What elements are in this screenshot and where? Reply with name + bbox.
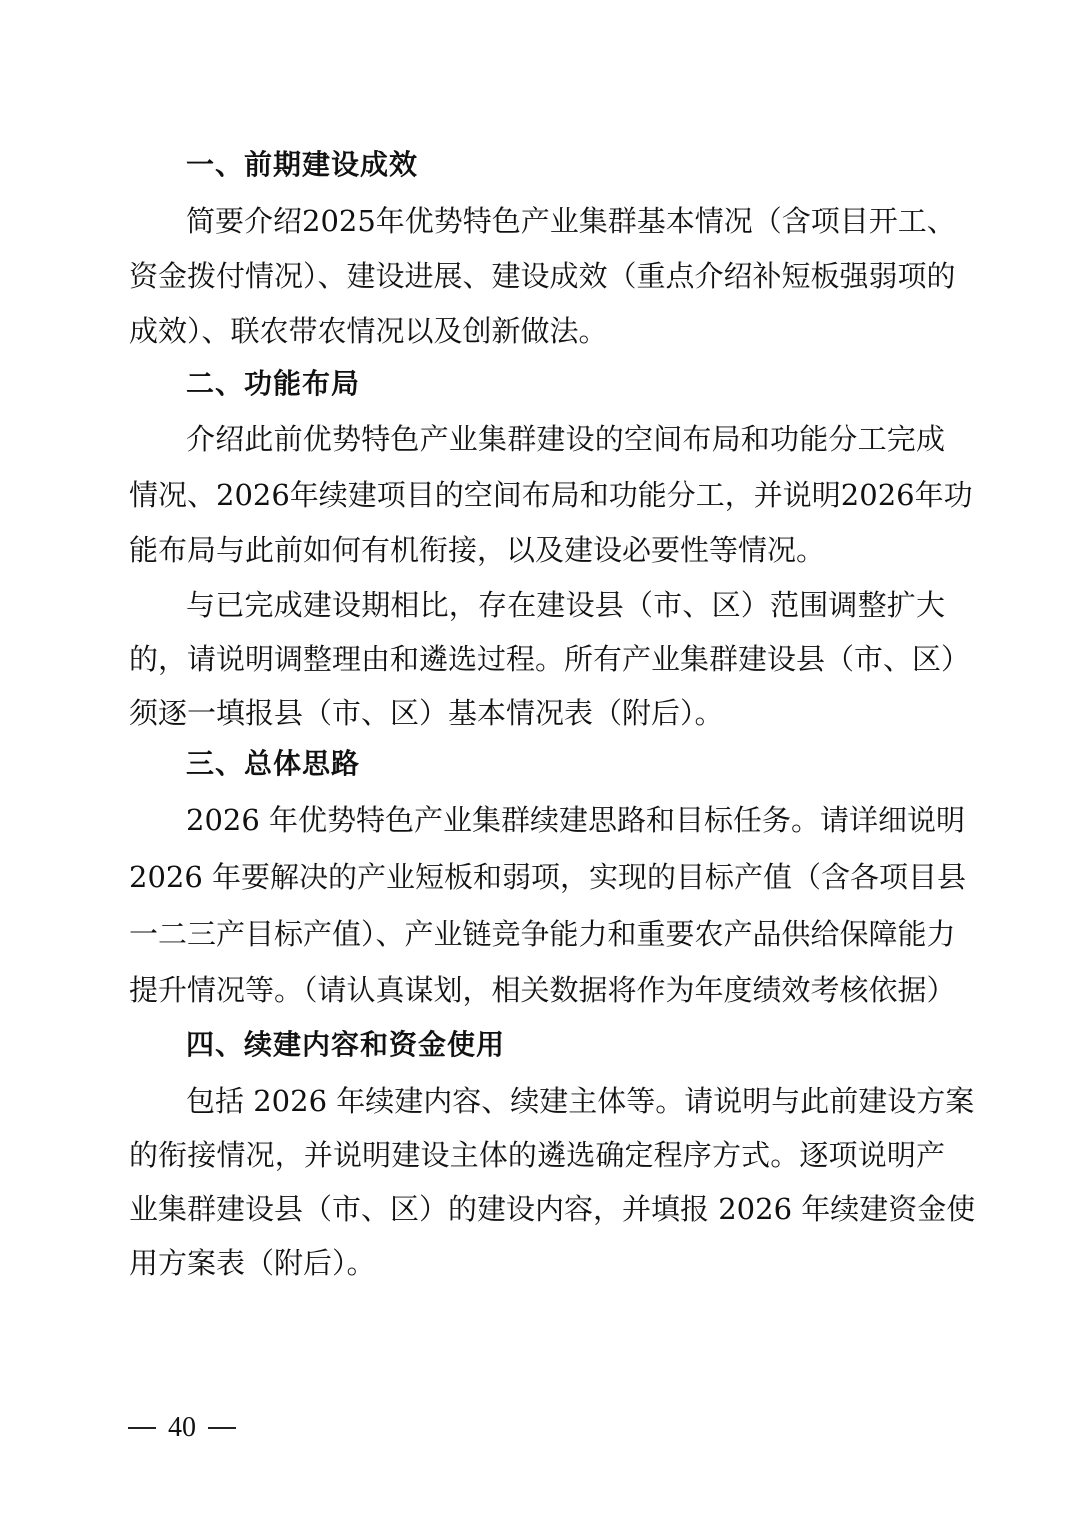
paragraph-line: 用方案表（附后）。 (129, 1234, 945, 1292)
paragraph-line: 提升情况等。（请认真谋划，相关数据将作为年度绩效考核依据） (129, 961, 945, 1019)
document-page: 一、前期建设成效 简要介绍2025年优势特色产业集群基本情况（含项目开工、 资金… (0, 0, 1074, 1520)
paragraph-line: 的，请说明调整理由和遴选过程。所有产业集群建设县（市、区） (129, 630, 945, 688)
paragraph-line: 须逐一填报县（市、区）基本情况表（附后）。 (129, 684, 945, 742)
paragraph-line: 介绍此前优势特色产业集群建设的空间布局和功能分工完成 (186, 410, 945, 468)
paragraph-line: 一二三产目标产值）、产业链竞争能力和重要农产品供给保障能力 (129, 905, 945, 963)
section-heading-3: 三、总体思路 (186, 735, 360, 793)
paragraph-line: 业集群建设县（市、区）的建设内容，并填报 2026 年续建资金使 (129, 1180, 945, 1238)
paragraph-line: 成效）、联农带农情况以及创新做法。 (129, 302, 945, 360)
dash-left (128, 1427, 156, 1429)
section-heading-2: 二、功能布局 (186, 355, 360, 413)
dash-right (208, 1427, 236, 1429)
paragraph-line: 与已完成建设期相比，存在建设县（市、区）范围调整扩大 (186, 576, 945, 634)
paragraph-line: 能布局与此前如何有机衔接，以及建设必要性等情况。 (129, 521, 945, 579)
paragraph-line: 资金拨付情况）、建设进展、建设成效（重点介绍补短板强弱项的 (129, 247, 945, 305)
paragraph-line: 2026 年优势特色产业集群续建思路和目标任务。请详细说明 (186, 791, 945, 849)
section-heading-1: 一、前期建设成效 (186, 136, 418, 194)
paragraph-line: 情况、2026年续建项目的空间布局和功能分工，并说明2026年功 (129, 466, 945, 524)
paragraph-line: 简要介绍2025年优势特色产业集群基本情况（含项目开工、 (186, 192, 945, 250)
section-heading-4: 四、续建内容和资金使用 (186, 1016, 505, 1074)
paragraph-line: 包括 2026 年续建内容、续建主体等。请说明与此前建设方案 (186, 1072, 945, 1130)
paragraph-line: 2026 年要解决的产业短板和弱项，实现的目标产值（含各项目县 (129, 848, 945, 906)
paragraph-line: 的衔接情况，并说明建设主体的遴选确定程序方式。逐项说明产 (129, 1126, 945, 1184)
page-number: 40 (128, 1408, 236, 1448)
page-number-value: 40 (168, 1408, 196, 1448)
